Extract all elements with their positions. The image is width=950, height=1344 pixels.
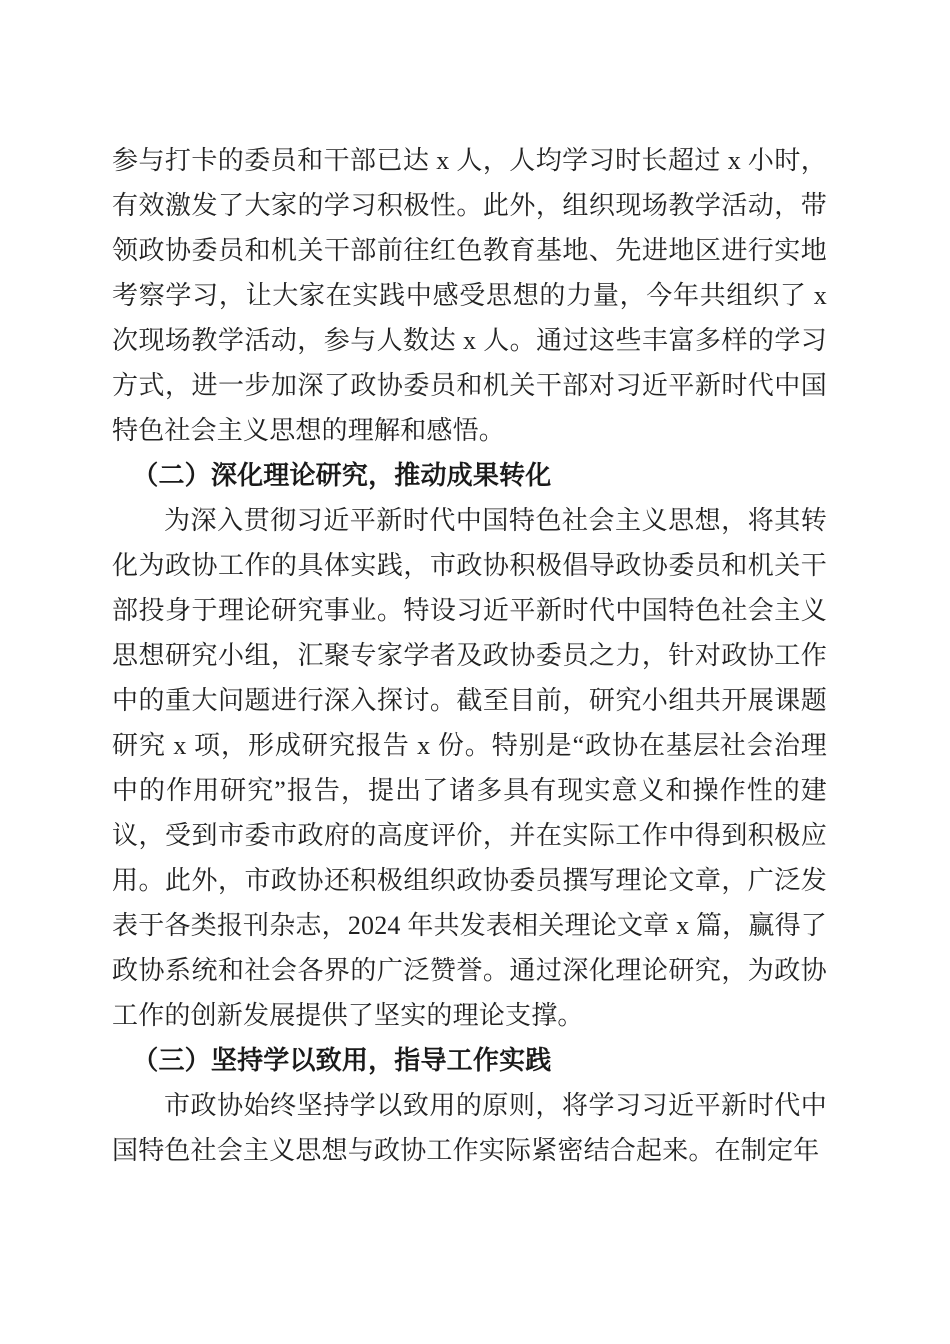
document-body: 参与打卡的委员和干部已达 x 人，人均学习时长超过 x 小时，有效激发了大家的学… bbox=[112, 138, 827, 1173]
paragraph-continuation: 参与打卡的委员和干部已达 x 人，人均学习时长超过 x 小时，有效激发了大家的学… bbox=[112, 138, 827, 453]
paragraph-apply-learning: 市政协始终坚持学以致用的原则，将学习习近平新时代中国特色社会主义思想与政协工作实… bbox=[112, 1083, 827, 1173]
document-page: 参与打卡的委员和干部已达 x 人，人均学习时长超过 x 小时，有效激发了大家的学… bbox=[0, 0, 950, 1344]
section-heading-2: （二）深化理论研究，推动成果转化 bbox=[112, 453, 827, 498]
section-heading-3: （三）坚持学以致用，指导工作实践 bbox=[112, 1038, 827, 1083]
paragraph-theory-research: 为深入贯彻习近平新时代中国特色社会主义思想，将其转化为政协工作的具体实践，市政协… bbox=[112, 498, 827, 1038]
